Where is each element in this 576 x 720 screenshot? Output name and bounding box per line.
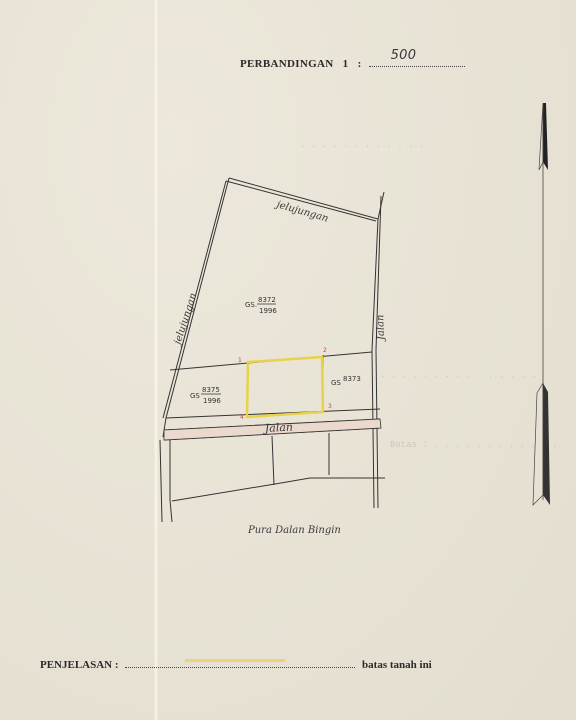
svg-text:8373: 8373 xyxy=(343,375,361,383)
legend-suffix: batas tanah ini xyxy=(362,659,432,671)
land-sketch-map: jelujungan jelujungan Jalan Jalan Pura D… xyxy=(0,0,576,720)
corner-marker-3: 3 xyxy=(328,403,332,410)
north-boundary-label: jelujungan xyxy=(273,199,329,225)
west-boundary-label: jelujungan xyxy=(172,292,200,348)
east-boundary-label: Jalan xyxy=(375,314,387,342)
svg-text:1996: 1996 xyxy=(259,307,277,315)
south-boundary-label: Pura Dalan Bingin xyxy=(247,525,341,536)
svg-text:GS: GS xyxy=(331,379,341,387)
footer-legend: PENJELASAN : batas tanah ini xyxy=(40,659,432,671)
legend-field xyxy=(125,659,355,668)
legend-highlight-swatch xyxy=(185,659,285,662)
legend-label: PENJELASAN xyxy=(40,659,112,671)
svg-text:8372: 8372 xyxy=(258,296,276,304)
corner-marker-1: 1 xyxy=(238,357,242,364)
svg-text:GS: GS xyxy=(190,392,200,400)
corner-marker-2: 2 xyxy=(323,347,327,354)
highlighted-parcel xyxy=(247,357,323,417)
road-label: Jalan xyxy=(262,421,293,436)
north-arrow-icon xyxy=(533,103,550,505)
parcel-east-label: GS 8373 xyxy=(331,375,361,387)
svg-text:GS.: GS. xyxy=(245,301,257,309)
legend-separator: : xyxy=(115,659,119,671)
corner-marker-4: 4 xyxy=(240,414,244,421)
parcel-main-label: GS. 8372 1996 xyxy=(245,296,277,315)
svg-text:1996: 1996 xyxy=(203,397,221,405)
svg-text:8375: 8375 xyxy=(202,386,220,394)
parcel-west-label: GS 8375 1996 xyxy=(190,386,221,405)
